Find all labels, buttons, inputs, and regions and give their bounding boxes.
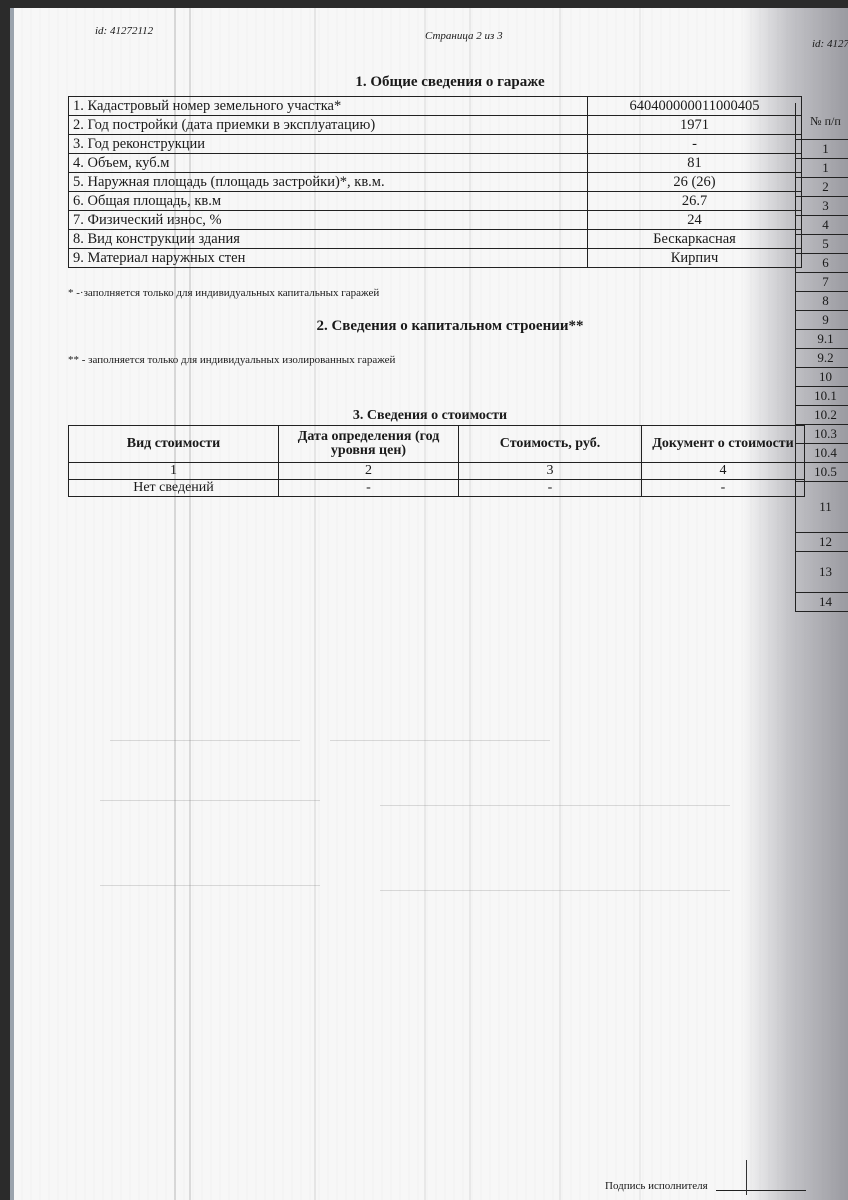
row-number: 9 — [796, 311, 848, 330]
row-value: 640400000011000405 — [588, 97, 802, 116]
row-number: 10 — [796, 368, 848, 387]
row-number: 5 — [796, 235, 848, 254]
column-header: Вид стоимости — [69, 426, 279, 463]
footnote-capital-garages: * -·заполняется только для индивидуальны… — [68, 287, 379, 299]
column-header: Документ о стоимости — [642, 426, 805, 463]
row-number: 2 — [796, 178, 848, 197]
row-label: 1. Кадастровый номер земельного участка* — [69, 97, 588, 116]
row-value: Кирпич — [588, 249, 802, 268]
cost-value-cell: - — [459, 480, 642, 497]
column-number: 1 — [69, 463, 279, 480]
signature-line — [716, 1190, 806, 1191]
row-number: 1 — [796, 159, 848, 178]
column-header: Стоимость, руб. — [459, 426, 642, 463]
row-value: 1971 — [588, 116, 802, 135]
row-number: 8 — [796, 292, 848, 311]
row-label: 9. Материал наружных стен — [69, 249, 588, 268]
table-row: 3. Год реконструкции- — [69, 135, 802, 154]
signature-label: Подпись исполнителя — [605, 1180, 708, 1192]
table-row: 5. Наружная площадь (площадь застройки)*… — [69, 173, 802, 192]
row-number: 10.5 — [796, 463, 848, 482]
column-header: Дата определения (год уровня цен) — [279, 426, 459, 463]
page-number: Страница 2 из 3 — [425, 30, 503, 42]
section-3-title: 3. Сведения о стоимости — [300, 408, 560, 424]
adjacent-page-numbers-column: № п/п 1 1 2 3 4 5 6 7 8 9 9.1 9.2 10 10.… — [795, 103, 848, 612]
row-number: 12 — [796, 533, 848, 552]
row-number: 1 — [796, 140, 848, 159]
footnote-isolated-garages: ** - заполняется только для индивидуальн… — [68, 354, 395, 366]
row-label: 3. Год реконструкции — [69, 135, 588, 154]
table-row: 1. Кадастровый номер земельного участка*… — [69, 97, 802, 116]
row-label: 8. Вид конструкции здания — [69, 230, 588, 249]
section-2-title: 2. Сведения о капитальном строении** — [250, 318, 650, 335]
table-row: 4. Объем, куб.м81 — [69, 154, 802, 173]
table-row: Нет сведений - - - — [69, 480, 805, 497]
bleed-through-line — [100, 800, 320, 801]
column-number-row: 1 2 3 4 — [69, 463, 805, 480]
row-value: 26.7 — [588, 192, 802, 211]
section-1-title: 1. Общие сведения о гараже — [300, 74, 600, 91]
adjacent-page-id: id: 4127 — [812, 38, 848, 50]
bleed-through-line — [330, 740, 550, 741]
row-number: 9.1 — [796, 330, 848, 349]
column-header: № п/п — [796, 103, 848, 140]
row-label: 4. Объем, куб.м — [69, 154, 588, 173]
table-row: 6. Общая площадь, кв.м26.7 — [69, 192, 802, 211]
row-number: 10.3 — [796, 425, 848, 444]
row-label: 6. Общая площадь, кв.м — [69, 192, 588, 211]
bleed-through-line — [100, 885, 320, 886]
row-number: 3 — [796, 197, 848, 216]
bleed-through-line — [380, 805, 730, 806]
row-value: 24 — [588, 211, 802, 230]
table-row: 8. Вид конструкции зданияБескаркасная — [69, 230, 802, 249]
signature-mark — [746, 1160, 750, 1195]
row-label: 2. Год постройки (дата приемки в эксплуа… — [69, 116, 588, 135]
table-row: 2. Год постройки (дата приемки в эксплуа… — [69, 116, 802, 135]
table-header-row: Вид стоимости Дата определения (год уров… — [69, 426, 805, 463]
column-number: 4 — [642, 463, 805, 480]
column-number: 3 — [459, 463, 642, 480]
row-value: - — [588, 135, 802, 154]
bleed-through-line — [380, 890, 730, 891]
row-number: 14 — [796, 593, 848, 612]
row-number: 10.4 — [796, 444, 848, 463]
row-number: 9.2 — [796, 349, 848, 368]
row-number: 4 — [796, 216, 848, 235]
table-row: 7. Физический износ, %24 — [69, 211, 802, 230]
cost-table: Вид стоимости Дата определения (год уров… — [68, 425, 805, 497]
row-number: 10.1 — [796, 387, 848, 406]
cost-type-cell: Нет сведений — [69, 480, 279, 497]
document-id: id: 41272112 — [95, 25, 153, 37]
row-number: 7 — [796, 273, 848, 292]
general-info-table: 1. Кадастровый номер земельного участка*… — [68, 96, 802, 268]
row-number: 10.2 — [796, 406, 848, 425]
row-number: 6 — [796, 254, 848, 273]
bleed-through-line — [110, 740, 300, 741]
cost-date-cell: - — [279, 480, 459, 497]
column-number: 2 — [279, 463, 459, 480]
row-label: 7. Физический износ, % — [69, 211, 588, 230]
row-number: 11 — [796, 482, 848, 533]
cost-document-cell: - — [642, 480, 805, 497]
table-row: 9. Материал наружных стенКирпич — [69, 249, 802, 268]
row-value: 81 — [588, 154, 802, 173]
row-label: 5. Наружная площадь (площадь застройки)*… — [69, 173, 588, 192]
row-value: 26 (26) — [588, 173, 802, 192]
row-value: Бескаркасная — [588, 230, 802, 249]
row-number: 13 — [796, 552, 848, 593]
